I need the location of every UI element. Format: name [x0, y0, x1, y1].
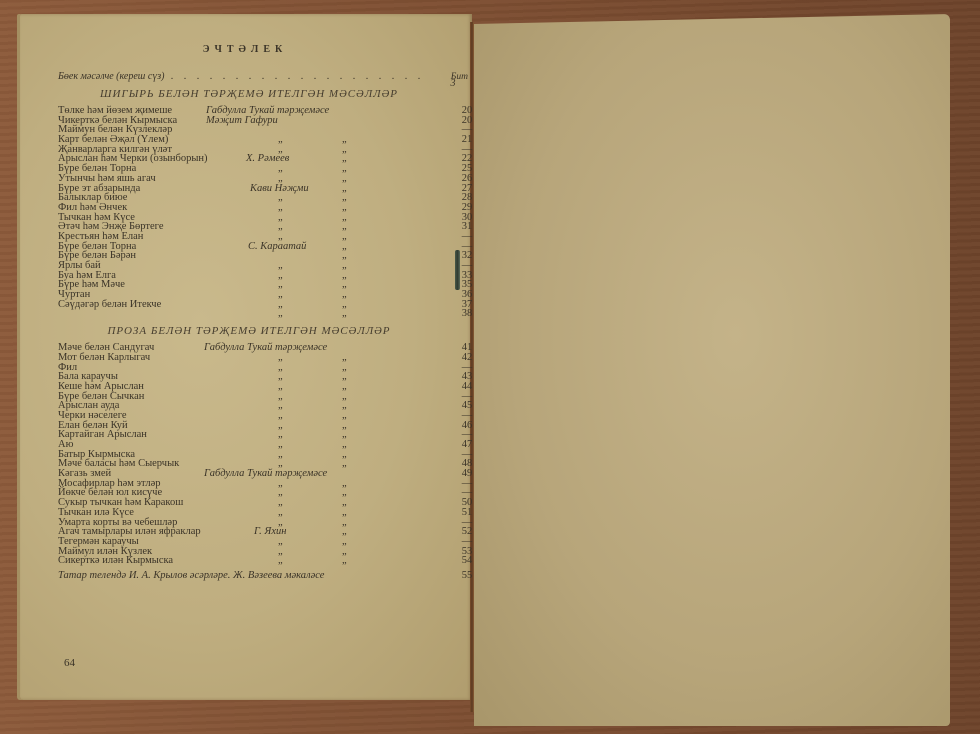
- ditto-mark: „: [342, 459, 347, 469]
- toc-entry: Сәүдәгәр белән Итекче„„37: [58, 300, 420, 310]
- page-number: 64: [64, 657, 75, 669]
- entry-title: Сикерткә илән Кырмыска: [58, 556, 173, 566]
- ditto-mark: „: [278, 556, 283, 566]
- closing-page: 55: [452, 570, 482, 581]
- toc-entry: Картайган Арыслан„„—: [58, 430, 420, 440]
- toc-entry: Бүре һәм Мәче„„35: [58, 280, 420, 290]
- entry-author: С. Караатай: [248, 242, 306, 252]
- sections-container: ШИГЫРЬ БЕЛӘН ТӘРҖЕМӘ ИТЕЛГӘН МӘСӘЛЛӘРТөл…: [58, 88, 420, 566]
- entry-page: 54: [452, 556, 482, 566]
- toc-entry: „„38: [58, 309, 420, 319]
- toc-entry: Мот белән Карлыгач„„42: [58, 353, 420, 363]
- toc-entry: Бүре белән Бәрән„32: [58, 251, 420, 261]
- entry-title: Сәүдәгәр белән Итекче: [58, 300, 161, 310]
- table-of-contents: ЭЧТӘЛЕК Бит Бөек мәсәлче (кереш сүз) . .…: [58, 44, 420, 582]
- intro-label: Бөек мәсәлче (кереш сүз): [58, 71, 165, 82]
- toc-entry: Сикерткә илән Кырмыска„„54: [58, 556, 420, 566]
- intro-page: 3: [438, 78, 468, 89]
- section-heading: ПРОЗА БЕЛӘН ТӘРҖЕМӘ ИТЕЛГӘН МӘСӘЛЛӘР: [78, 325, 420, 337]
- ditto-mark: „: [342, 556, 347, 566]
- section-heading: ШИГЫРЬ БЕЛӘН ТӘРҖЕМӘ ИТЕЛГӘН МӘСӘЛЛӘР: [78, 88, 420, 100]
- ditto-mark: „: [278, 309, 283, 319]
- intro-entry: Бөек мәсәлче (кереш сүз) . . . . . . . .…: [58, 71, 420, 82]
- closing-label: Татар телендә И. А. Крылов әсәрләре. Ж. …: [58, 570, 324, 581]
- entry-author: Габдулла Тукай тәрҗемәсе: [204, 469, 327, 479]
- ditto-mark: „: [342, 309, 347, 319]
- closing-entry: Татар телендә И. А. Крылов әсәрләре. Ж. …: [58, 570, 420, 582]
- entry-author: Мәҗит Гафури: [206, 116, 278, 126]
- entry-author: Габдулла Тукай тәрҗемәсе: [204, 343, 327, 353]
- entry-page: 38: [452, 309, 482, 319]
- page-title: ЭЧТӘЛЕК: [70, 44, 420, 55]
- leader-dots: . . . . . . . . . . . . . . . . . . . . …: [165, 71, 420, 82]
- right-page-blank: [474, 14, 950, 726]
